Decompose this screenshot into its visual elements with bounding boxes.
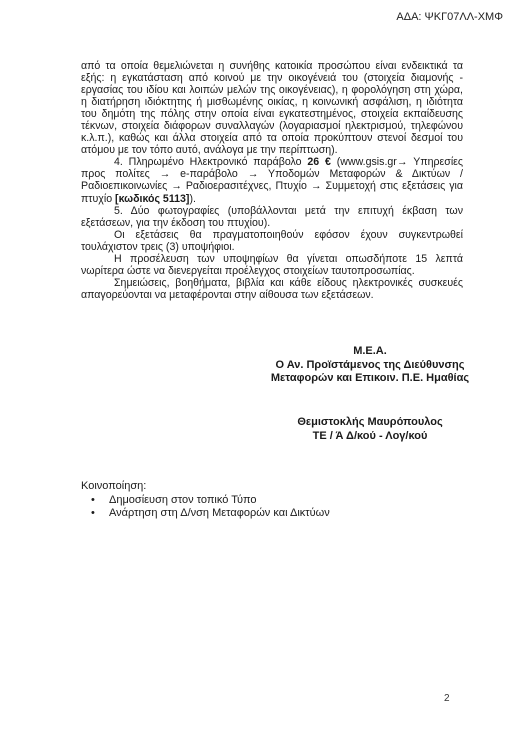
fee-code: [κωδικός 5113] [115, 193, 189, 205]
document-code: ΑΔΑ: ΨΚΓ07ΛΛ-ΧΜΦ [396, 11, 503, 23]
exams-paragraph: Οι εξετάσεις θα πραγματοποιηθούν εφόσον … [81, 229, 463, 253]
distribution-list: Κοινοποίηση: Δημοσίευση στον τοπικό Τύπο… [81, 480, 330, 521]
arrival-paragraph: Η προσέλευση των υποψηφίων θα γίνεται οπ… [81, 253, 463, 277]
page-number: 2 [444, 693, 450, 704]
item-4-suffix: ). [189, 193, 195, 205]
signature-line-2: Ο Αν. Προϊστάμενος της Διεύθυνσης [260, 359, 480, 373]
signer-title: ΤΕ / Ά Δ/κού - Λογ/κού [260, 430, 480, 444]
signer-name: Θεμιστοκλής Μαυρόπουλος [260, 416, 480, 430]
distribution-item: Δημοσίευση στον τοπικό Τύπο [81, 494, 330, 508]
signature-line-3: Μεταφορών και Επικοιν. Π.Ε. Ημαθίας [260, 372, 480, 386]
item-4-fee: 4. Πληρωμένο Ηλεκτρονικό παράβολο 26 € (… [81, 156, 463, 204]
devices-paragraph: Σημειώσεις, βοηθήματα, βιβλία και κάθε ε… [81, 277, 463, 301]
distribution-label: Κοινοποίηση: [81, 480, 330, 494]
signature-block: Μ.Ε.Α. Ο Αν. Προϊστάμενος της Διεύθυνσης… [260, 345, 480, 386]
item-5-photos: 5. Δύο φωτογραφίες (υποβάλλονται μετά τη… [81, 205, 463, 229]
document-body: από τα οποία θεμελιώνεται η συνήθης κατο… [81, 60, 463, 301]
distribution-item: Ανάρτηση στη Δ/νση Μεταφορών και Δικτύων [81, 507, 330, 521]
signer-block: Θεμιστοκλής Μαυρόπουλος ΤΕ / Ά Δ/κού - Λ… [260, 416, 480, 443]
item-4-prefix: 4. Πληρωμένο Ηλεκτρονικό παράβολο [114, 156, 307, 168]
fee-amount: 26 € [307, 156, 331, 168]
residence-paragraph: από τα οποία θεμελιώνεται η συνήθης κατο… [81, 60, 463, 156]
signature-line-1: Μ.Ε.Α. [260, 345, 480, 359]
